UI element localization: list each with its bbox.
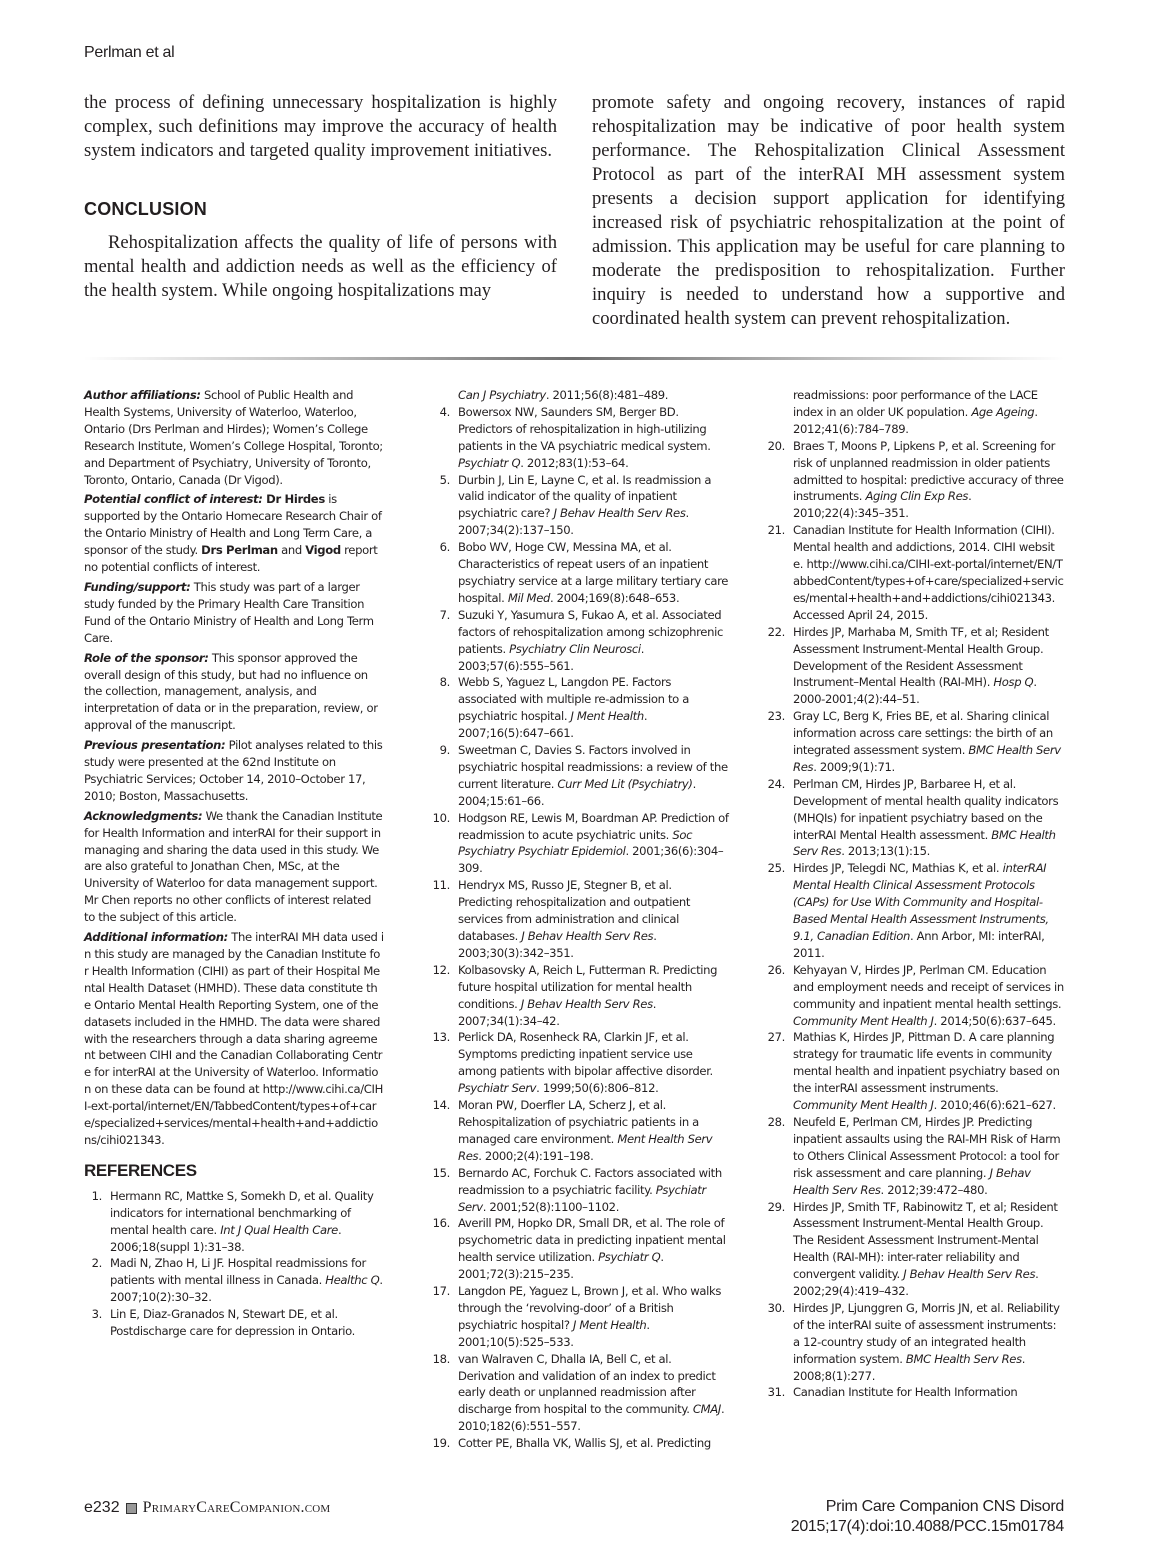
- reference-item: 11.Hendryx MS, Russo JE, Stegner B, et a…: [424, 877, 729, 962]
- reference-item: 3.Lin E, Diaz-Granados N, Stewart DE, et…: [84, 1306, 384, 1340]
- running-head: Perlman et al: [84, 44, 174, 62]
- reference-list-col1: 1.Hermann RC, Mattke S, Somekh D, et al.…: [84, 1188, 384, 1340]
- notes-column: Author affiliations: School of Public He…: [84, 387, 384, 1340]
- reference-item: 28.Neufeld E, Perlman CM, Hirdes JP. Pre…: [759, 1114, 1064, 1199]
- reference-item: 26.Kehyayan V, Hirdes JP, Perlman CM. Ed…: [759, 962, 1064, 1030]
- reference-item: 7.Suzuki Y, Yasumura S, Fukao A, et al. …: [424, 607, 729, 675]
- reference-item: 15.Bernardo AC, Forchuk C. Factors assoc…: [424, 1165, 729, 1216]
- note-sponsor: Role of the sponsor: This sponsor approv…: [84, 650, 384, 735]
- conclusion-heading: CONCLUSION: [84, 197, 557, 221]
- reference-item: 2.Madi N, Zhao H, Li JF. Hospital readmi…: [84, 1255, 384, 1306]
- reference-list-col3: readmissions: poor performance of the LA…: [759, 387, 1064, 1401]
- reference-item: 6.Bobo WV, Hoge CW, Messina MA, et al. C…: [424, 539, 729, 607]
- reference-item: 17.Langdon PE, Yaguez L, Brown J, et al.…: [424, 1283, 729, 1351]
- journal-website-link[interactable]: PrimaryCareCompanion.com: [143, 1499, 331, 1517]
- references-heading: REFERENCES: [84, 1163, 384, 1180]
- doi-citation: 2015;17(4):doi:10.4088/PCC.15m01784: [791, 1517, 1064, 1537]
- reference-item: 5.Durbin J, Lin E, Layne C, et al. Is re…: [424, 472, 729, 540]
- section-divider: [84, 357, 1064, 360]
- note-presentation: Previous presentation: Pilot analyses re…: [84, 737, 384, 805]
- reference-item: 8.Webb S, Yaguez L, Langdon PE. Factors …: [424, 674, 729, 742]
- note-affiliations: Author affiliations: School of Public He…: [84, 387, 384, 488]
- reference-item: 10.Hodgson RE, Lewis M, Boardman AP. Pre…: [424, 810, 729, 878]
- square-bullet-icon: [126, 1503, 137, 1514]
- reference-item: 12.Kolbasovsky A, Reich L, Futterman R. …: [424, 962, 729, 1030]
- footer-left: e232 PrimaryCareCompanion.com: [84, 1499, 330, 1517]
- body-column-left: the process of defining unnecessary hosp…: [84, 91, 557, 303]
- conclusion-paragraph-continued: promote safety and ongoing recovery, ins…: [592, 91, 1065, 331]
- body-column-right: promote safety and ongoing recovery, ins…: [592, 91, 1065, 331]
- reference-item: 9.Sweetman C, Davies S. Factors involved…: [424, 742, 729, 810]
- reference-item: 25.Hirdes JP, Telegdi NC, Mathias K, et …: [759, 860, 1064, 961]
- note-additional-information: Additional information: The interRAI MH …: [84, 929, 384, 1149]
- reference-item: 23.Gray LC, Berg K, Fries BE, et al. Sha…: [759, 708, 1064, 776]
- page-number: e232: [84, 1499, 120, 1517]
- reference-item: 27.Mathias K, Hirdes JP, Pittman D. A ca…: [759, 1029, 1064, 1114]
- reference-item-continued: Can J Psychiatry. 2011;56(8):481–489.: [424, 387, 729, 404]
- body-paragraph: the process of defining unnecessary hosp…: [84, 91, 557, 163]
- reference-item: 1.Hermann RC, Mattke S, Somekh D, et al.…: [84, 1188, 384, 1256]
- reference-item: 16.Averill PM, Hopko DR, Small DR, et al…: [424, 1215, 729, 1283]
- reference-item: 30.Hirdes JP, Ljunggren G, Morris JN, et…: [759, 1300, 1064, 1385]
- note-conflict: Potential conflict of interest: Dr Hirde…: [84, 491, 384, 576]
- reference-item: 14.Moran PW, Doerfler LA, Scherz J, et a…: [424, 1097, 729, 1165]
- reference-item: 13.Perlick DA, Rosenheck RA, Clarkin JF,…: [424, 1029, 729, 1097]
- note-acknowledgments: Acknowledgments: We thank the Canadian I…: [84, 808, 384, 926]
- reference-item: 18.van Walraven C, Dhalla IA, Bell C, et…: [424, 1351, 729, 1436]
- note-funding: Funding/support: This study was part of …: [84, 579, 384, 647]
- reference-item: 31.Canadian Institute for Health Informa…: [759, 1384, 1064, 1401]
- reference-item: 29.Hirdes JP, Smith TF, Rabinowitz T, et…: [759, 1199, 1064, 1300]
- reference-item: 24.Perlman CM, Hirdes JP, Barbaree H, et…: [759, 776, 1064, 861]
- reference-item-continued: readmissions: poor performance of the LA…: [759, 387, 1064, 438]
- reference-item: 20.Braes T, Moons P, Lipkens P, et al. S…: [759, 438, 1064, 523]
- reference-item: 19.Cotter PE, Bhalla VK, Wallis SJ, et a…: [424, 1435, 729, 1452]
- reference-item: 22.Hirdes JP, Marhaba M, Smith TF, et al…: [759, 624, 1064, 709]
- footer-citation: Prim Care Companion CNS Disord 2015;17(4…: [791, 1497, 1064, 1537]
- conclusion-paragraph: Rehospitalization affects the quality of…: [84, 231, 557, 303]
- journal-name: Prim Care Companion CNS Disord: [791, 1497, 1064, 1517]
- reference-item: 4.Bowersox NW, Saunders SM, Berger BD. P…: [424, 404, 729, 472]
- reference-item: 21.Canadian Institute for Health Informa…: [759, 522, 1064, 623]
- reference-list-col2: Can J Psychiatry. 2011;56(8):481–489. 4.…: [424, 387, 729, 1452]
